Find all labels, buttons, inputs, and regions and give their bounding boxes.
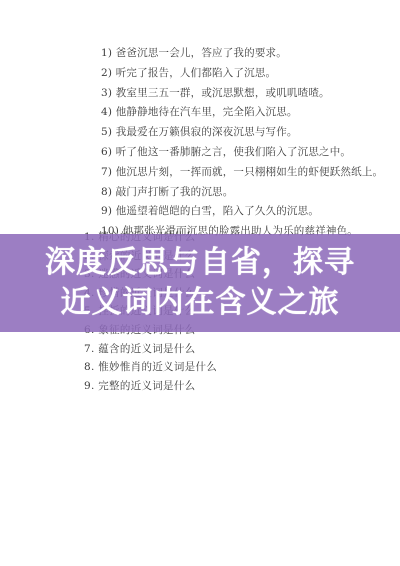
sentence-item: 1) 爸爸沉思一会儿，答应了我的要求。 <box>101 44 383 64</box>
sentence-item: 7) 他沉思片刻，一挥而就，一只栩栩如生的虾便跃然纸上。 <box>101 163 383 183</box>
sentence-item: 6) 听了他这一番肺腑之言，使我们陷入了沉思之中。 <box>101 143 383 163</box>
question-item: 7. 蕴含的近义词是什么 <box>84 340 217 359</box>
title-banner: 深度反思与自省，探寻 近义词内在含义之旅 <box>0 234 400 332</box>
banner-title-line-1: 深度反思与自省，探寻 <box>45 243 355 283</box>
sentence-item: 9) 他遥望着皑皑的白雪，陷入了久久的沉思。 <box>101 202 383 222</box>
banner-title-line-2: 近义词内在含义之旅 <box>61 283 340 323</box>
sentence-item: 8) 敲门声打断了我的沉思。 <box>101 183 383 203</box>
sentence-item: 2) 听完了报告，人们都陷入了沉思。 <box>101 64 383 84</box>
sentence-item: 5) 我最爱在万籁俱寂的深夜沉思与写作。 <box>101 123 383 143</box>
question-item: 8. 惟妙惟肖的近义词是什么 <box>84 358 217 377</box>
example-sentence-list: 1) 爸爸沉思一会儿，答应了我的要求。 2) 听完了报告，人们都陷入了沉思。 3… <box>101 44 383 242</box>
sentence-item: 4) 他静静地待在汽车里，完全陷入沉思。 <box>101 103 383 123</box>
document-page: 1) 爸爸沉思一会儿，答应了我的要求。 2) 听完了报告，人们都陷入了沉思。 3… <box>0 0 400 566</box>
sentence-item: 3) 教室里三五一群，或沉思默想，或叽叽喳喳。 <box>101 84 383 104</box>
question-item: 9. 完整的近义词是什么 <box>84 377 217 396</box>
